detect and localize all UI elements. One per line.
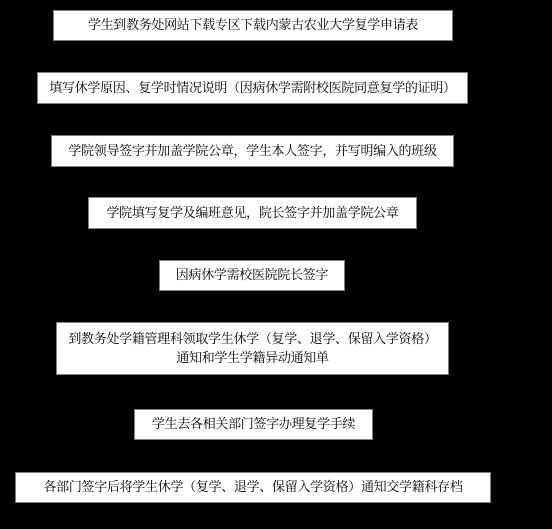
step-1-text: 学生到教务处网站下载专区下载内蒙古农业大学复学申请表 (88, 16, 418, 35)
step-1-download-form: 学生到教务处网站下载专区下载内蒙古农业大学复学申请表 (53, 10, 453, 41)
step-2-text: 填写休学原因、复学时情况说明（因病休学需附校医院同意复学的证明） (49, 79, 455, 98)
step-6-get-notice: 到教务处学籍管理科领取学生休学（复学、退学、保留入学资格） 通知和学生学籍异动通… (56, 322, 449, 375)
step-6-text-line-1: 到教务处学籍管理科领取学生休学（复学、退学、保留入学资格） (68, 330, 436, 349)
step-3-text: 学院领导签字并加盖学院公章，学生本人签字，并写明编入的班级 (68, 142, 436, 161)
step-8-archive-notice: 各部门签字后将学生休学（复学、退学、保留入学资格）通知交学籍科存档 (15, 472, 491, 503)
step-8-text: 各部门签字后将学生休学（复学、退学、保留入学资格）通知交学籍科存档 (43, 478, 462, 497)
step-3-college-sign: 学院领导签字并加盖学院公章，学生本人签字，并写明编入的班级 (51, 135, 454, 167)
step-5-hospital-sign: 因病休学需校医院院长签字 (159, 260, 345, 291)
step-7-text: 学生去各相关部门签字办理复学手续 (152, 415, 355, 434)
step-4-text: 学院填写复学及编班意见，院长签字并加盖学院公章 (106, 204, 398, 223)
step-7-department-signatures: 学生去各相关部门签字办理复学手续 (134, 409, 373, 440)
step-2-fill-reasons: 填写休学原因、复学时情况说明（因病休学需附校医院同意复学的证明） (37, 72, 468, 104)
step-5-text: 因病休学需校医院院长签字 (176, 266, 328, 285)
step-4-college-opinion: 学院填写复学及编班意见，院长签字并加盖学院公章 (88, 197, 417, 229)
step-6-text-line-2: 通知和学生学籍异动通知单 (176, 349, 328, 368)
